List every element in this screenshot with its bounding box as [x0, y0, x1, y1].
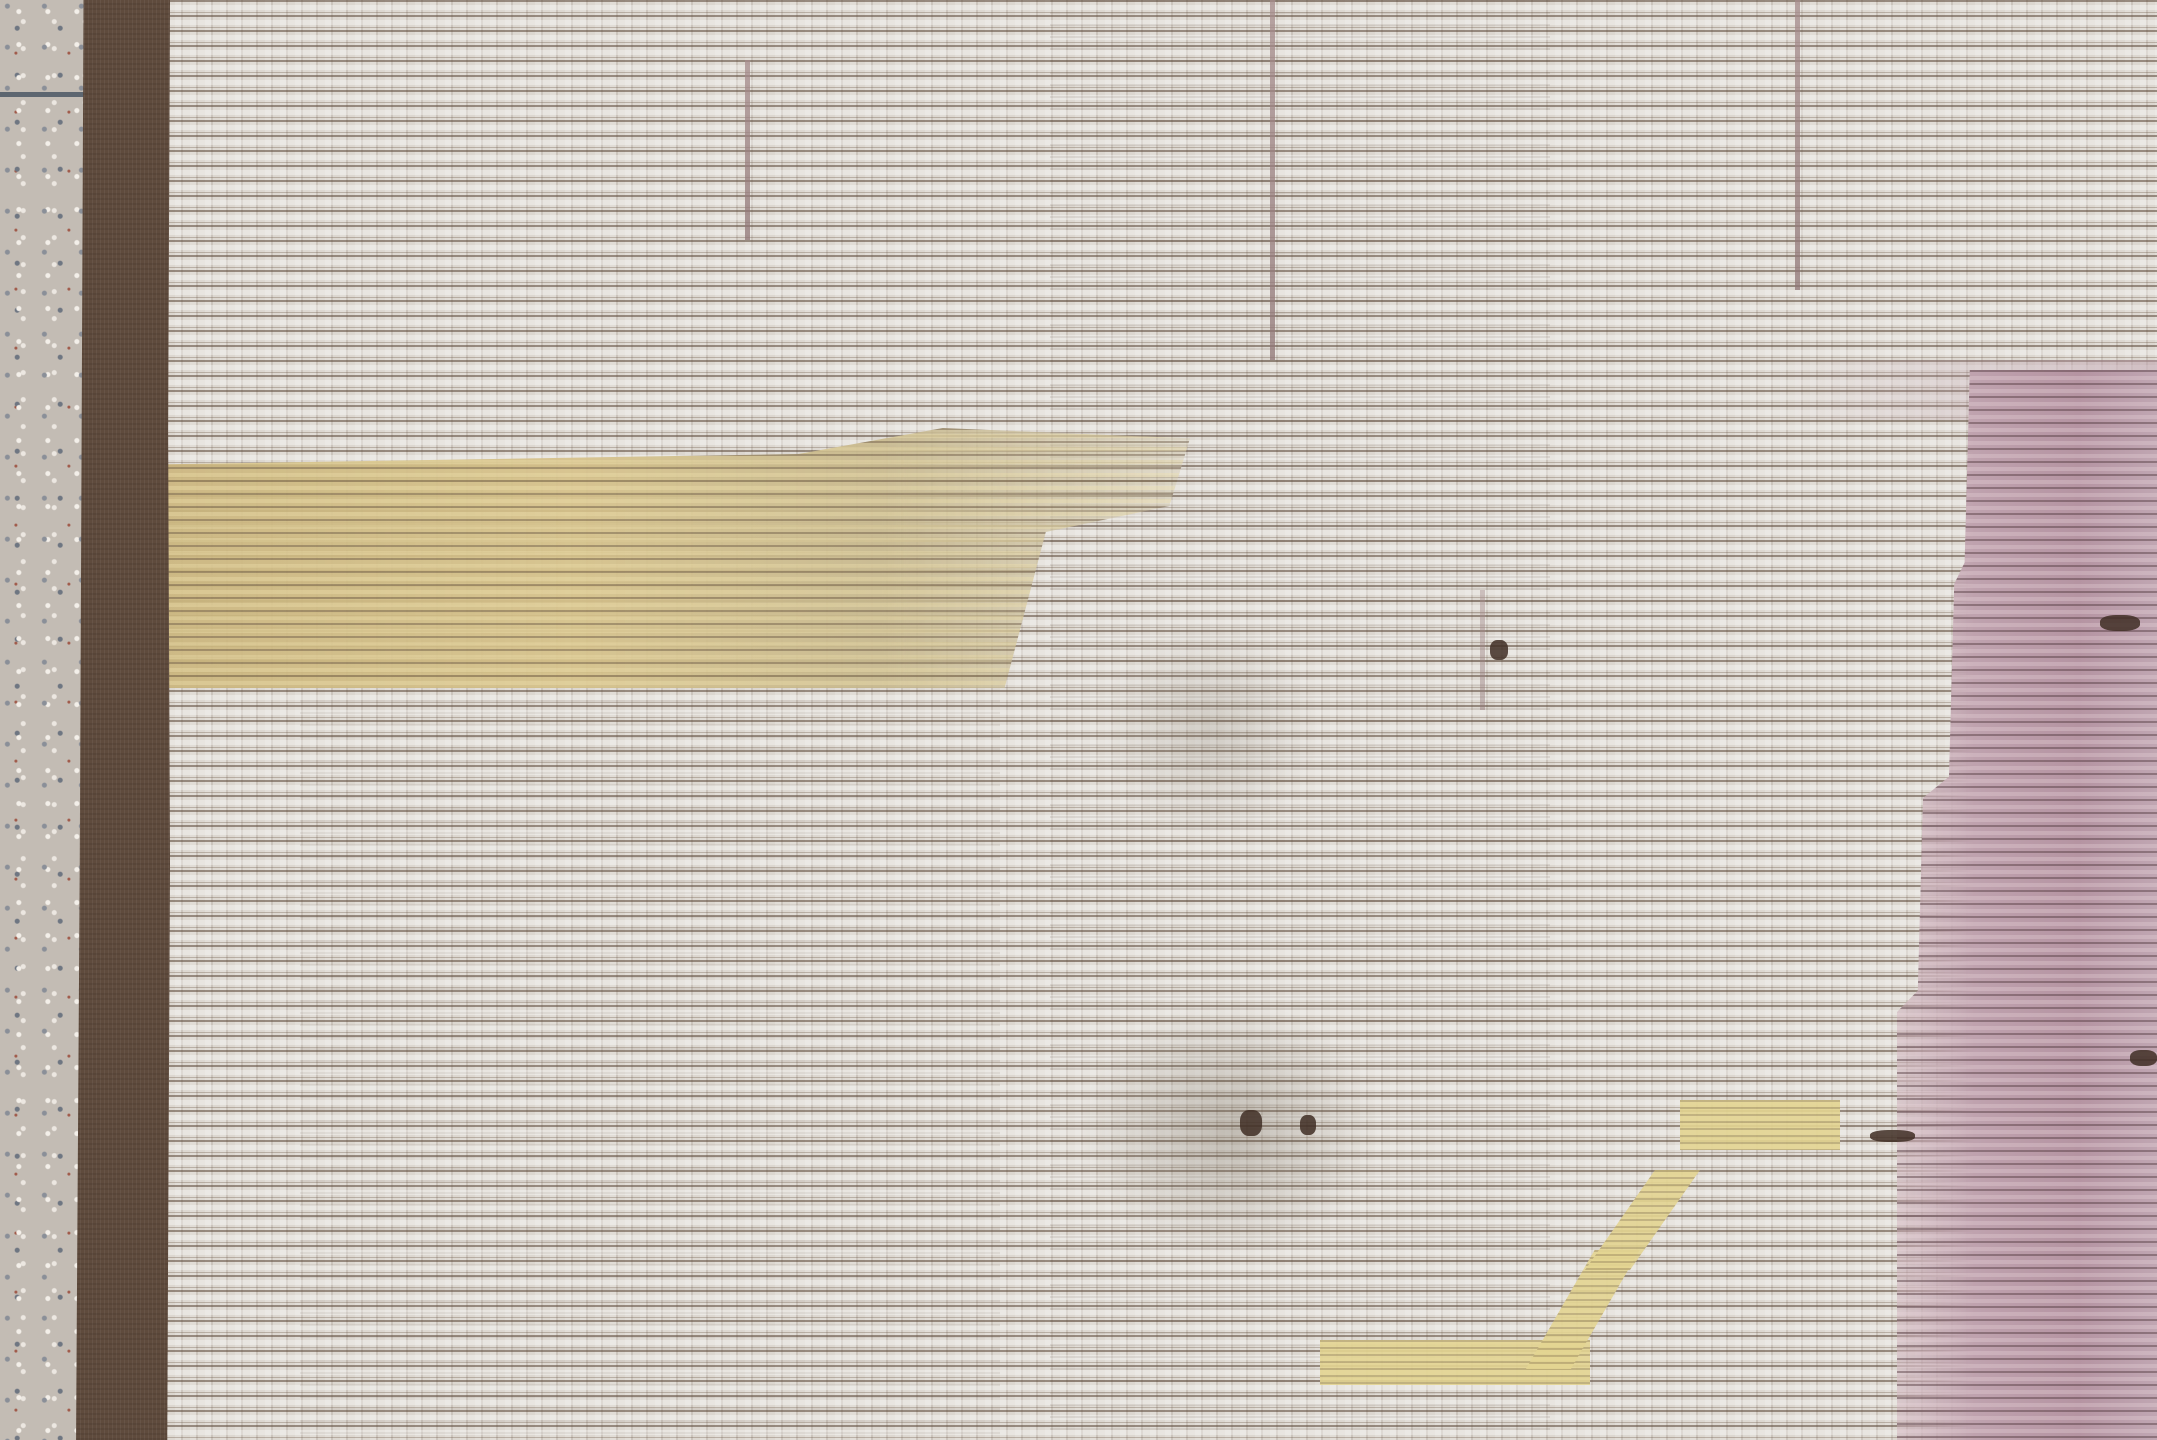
shadow-patch — [1100, 620, 1320, 840]
dark-knot — [1300, 1115, 1316, 1135]
vertical-accent-line — [1480, 590, 1485, 710]
terrazzo-floor — [0, 0, 90, 1440]
dark-knot — [2100, 615, 2140, 631]
dark-knot — [1870, 1130, 1915, 1142]
dark-knot — [1490, 640, 1508, 660]
abrash-shading — [300, 700, 1000, 1440]
vertical-accent-line — [1270, 0, 1275, 360]
dark-knot — [1240, 1110, 1262, 1136]
dark-knot — [2130, 1050, 2157, 1066]
vertical-accent-line — [745, 60, 750, 240]
pale-yellow-stroke — [1680, 1100, 1840, 1150]
shadow-patch — [1080, 1000, 1380, 1260]
rug-photo — [0, 0, 2157, 1440]
vertical-accent-line — [1795, 0, 1800, 290]
floor-tile-joint — [0, 92, 84, 97]
brown-selvedge-border — [76, 0, 170, 1440]
